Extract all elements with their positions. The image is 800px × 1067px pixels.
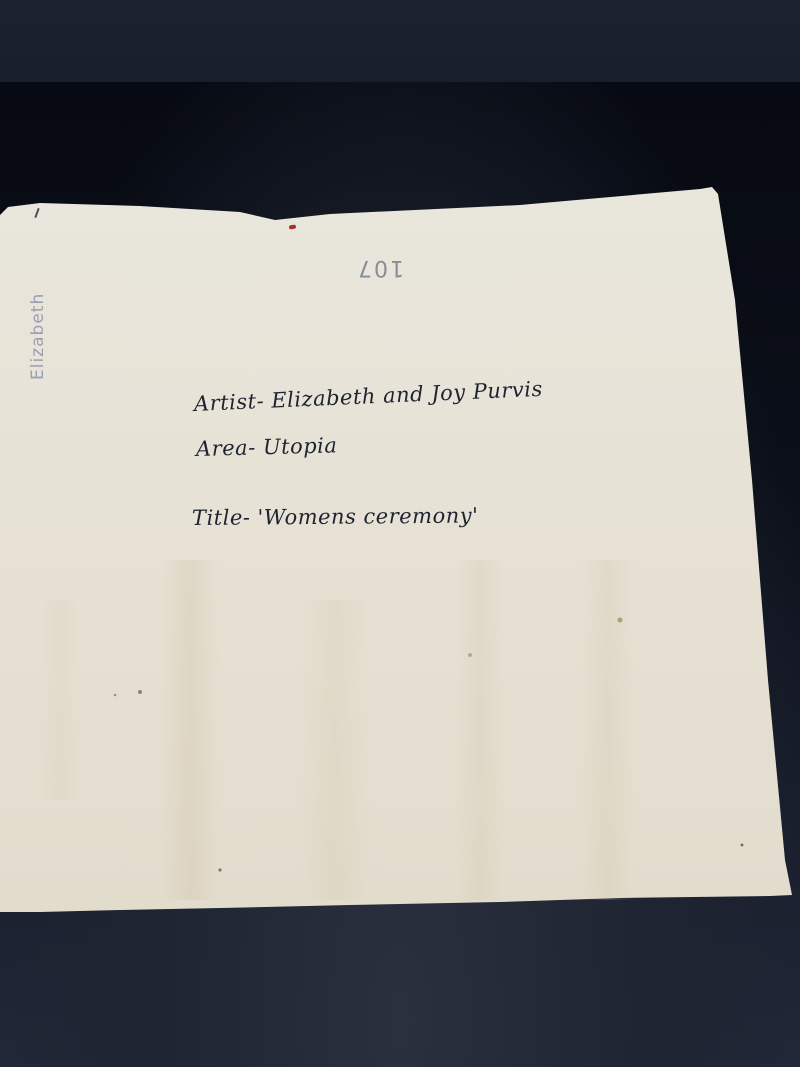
area-line: Area- Utopia — [196, 433, 338, 461]
canvas-back: 107 Elizabeth Artist- Elizabeth and Joy … — [0, 0, 800, 1067]
canvas-fabric — [0, 187, 792, 912]
inventory-number: 107 — [356, 255, 404, 280]
canvas-shape — [0, 0, 800, 1067]
title-line: Title- 'Womens ceremony' — [192, 504, 479, 530]
side-label-elizabeth: Elizabeth — [28, 293, 48, 380]
